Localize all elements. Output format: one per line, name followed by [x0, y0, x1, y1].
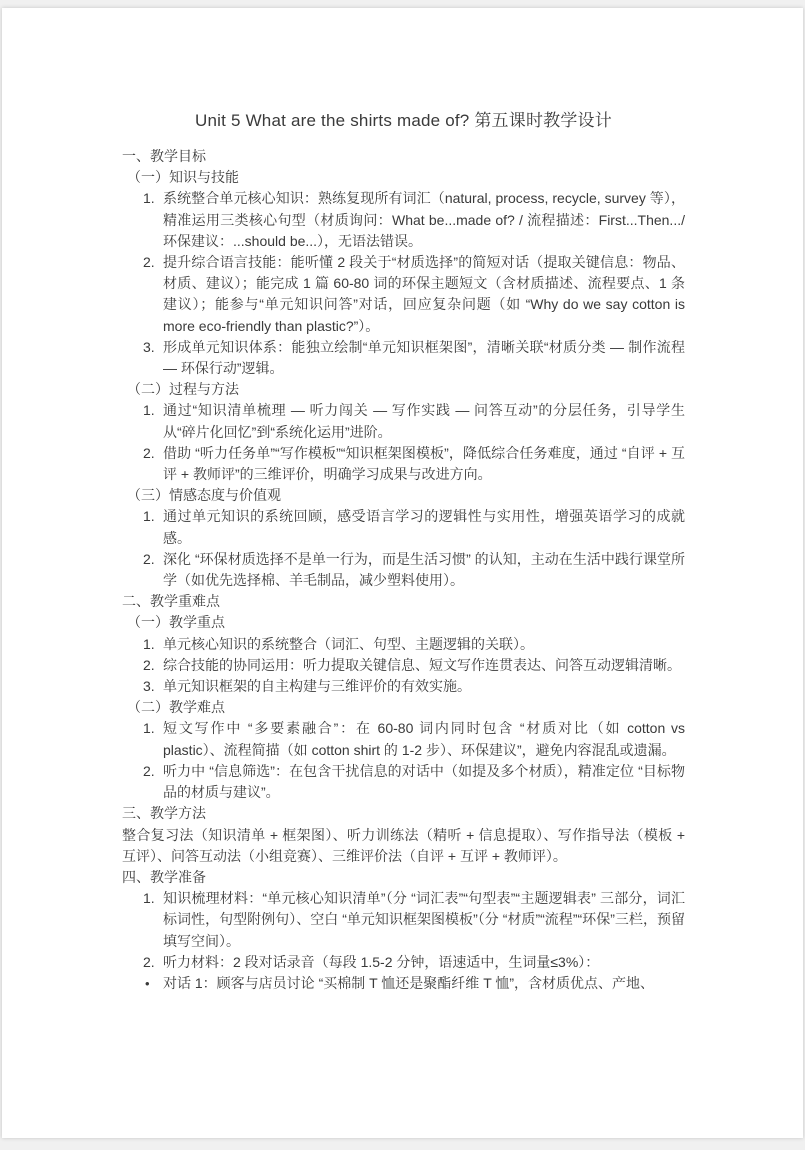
numbered-list-item: 2.借助 “听力任务单”“写作模板”“知识框架图模板”，降低综合任务难度，通过 …: [122, 443, 685, 485]
document-title: Unit 5 What are the shirts made of? 第五课时…: [122, 108, 685, 134]
bullet-marker: •: [145, 973, 150, 994]
numbered-list-item: 1.系统整合单元核心知识：熟练复现所有词汇（natural, process, …: [122, 188, 685, 252]
list-item-text: 借助 “听力任务单”“写作模板”“知识框架图模板”，降低综合任务难度，通过 “自…: [163, 445, 685, 482]
list-number: 3.: [143, 337, 155, 358]
numbered-list-item: 3.单元知识框架的自主构建与三维评价的有效实施。: [122, 676, 685, 697]
numbered-list-item: 2.提升综合语言技能：能听懂 2 段关于“材质选择”的简短对话（提取关键信息：物…: [122, 252, 685, 337]
document-content: Unit 5 What are the shirts made of? 第五课时…: [122, 108, 685, 994]
section-heading: 三、教学方法: [122, 803, 685, 824]
list-number: 1.: [143, 888, 155, 909]
list-item-text: 单元知识框架的自主构建与三维评价的有效实施。: [163, 678, 471, 694]
list-item-text: 对话 1：顾客与店员讨论 “买棉制 T 恤还是聚酯纤维 T 恤”，含材质优点、产…: [163, 975, 654, 991]
section-heading: 二、教学重难点: [122, 591, 685, 612]
list-number: 2.: [143, 761, 155, 782]
list-item-text: 深化 “环保材质选择不是单一行为，而是生活习惯” 的认知，主动在生活中践行课堂所…: [163, 551, 685, 588]
numbered-list-item: 2.听力中 “信息筛选”：在包含干扰信息的对话中（如提及多个材质），精准定位 “…: [122, 761, 685, 803]
list-item-text: 形成单元知识体系：能独立绘制“单元知识框架图”，清晰关联“材质分类 — 制作流程…: [163, 339, 685, 376]
list-item-text: 听力材料：2 段对话录音（每段 1.5-2 分钟，语速适中，生词量≤3%）：: [163, 954, 599, 970]
list-number: 1.: [143, 188, 155, 209]
list-item-text: 通过单元知识的系统回顾，感受语言学习的逻辑性与实用性，增强英语学习的成就感。: [163, 508, 685, 545]
numbered-list-item: 2.听力材料：2 段对话录音（每段 1.5-2 分钟，语速适中，生词量≤3%）：: [122, 952, 685, 973]
document-body: 一、教学目标（一）知识与技能1.系统整合单元核心知识：熟练复现所有词汇（natu…: [122, 146, 685, 994]
section-heading: 一、教学目标: [122, 146, 685, 167]
document-viewport: Unit 5 What are the shirts made of? 第五课时…: [0, 0, 805, 1150]
list-number: 1.: [143, 634, 155, 655]
list-number: 2.: [143, 952, 155, 973]
numbered-list-item: 2.综合技能的协同运用：听力提取关键信息、短文写作连贯表达、问答互动逻辑清晰。: [122, 655, 685, 676]
list-item-text: 提升综合语言技能：能听懂 2 段关于“材质选择”的简短对话（提取关键信息：物品、…: [163, 254, 685, 334]
subsection-heading: （一）知识与技能: [122, 167, 685, 188]
list-item-text: 单元核心知识的系统整合（词汇、句型、主题逻辑的关联）。: [163, 636, 534, 652]
list-number: 2.: [143, 549, 155, 570]
numbered-list-item: 2.深化 “环保材质选择不是单一行为，而是生活习惯” 的认知，主动在生活中践行课…: [122, 549, 685, 591]
list-number: 2.: [143, 443, 155, 464]
list-item-text: 听力中 “信息筛选”：在包含干扰信息的对话中（如提及多个材质），精准定位 “目标…: [163, 763, 685, 800]
subsection-heading: （二）过程与方法: [122, 379, 685, 400]
subsection-heading: （三）情感态度与价值观: [122, 485, 685, 506]
paragraph: 整合复习法（知识清单 + 框架图）、听力训练法（精听 + 信息提取）、写作指导法…: [122, 825, 685, 867]
list-number: 1.: [143, 506, 155, 527]
numbered-list-item: 1.通过单元知识的系统回顾，感受语言学习的逻辑性与实用性，增强英语学习的成就感。: [122, 506, 685, 548]
list-item-text: 短文写作中 “多要素融合”：在 60-80 词内同时包含 “材质对比（如 cot…: [163, 720, 685, 757]
numbered-list-item: 1.知识梳理材料：“单元核心知识清单”（分 “词汇表”“句型表”“主题逻辑表” …: [122, 888, 685, 952]
document-page: Unit 5 What are the shirts made of? 第五课时…: [2, 8, 803, 1138]
bullet-list-item: •对话 1：顾客与店员讨论 “买棉制 T 恤还是聚酯纤维 T 恤”，含材质优点、…: [122, 973, 685, 994]
list-item-text: 系统整合单元核心知识：熟练复现所有词汇（natural, process, re…: [163, 190, 685, 248]
list-item-text: 知识梳理材料：“单元核心知识清单”（分 “词汇表”“句型表”“主题逻辑表” 三部…: [163, 890, 685, 948]
list-item-text: 通过“知识清单梳理 — 听力闯关 — 写作实践 — 问答互动”的分层任务，引导学…: [163, 402, 685, 439]
numbered-list-item: 3.形成单元知识体系：能独立绘制“单元知识框架图”，清晰关联“材质分类 — 制作…: [122, 337, 685, 379]
list-number: 2.: [143, 252, 155, 273]
subsection-heading: （二）教学难点: [122, 697, 685, 718]
list-number: 2.: [143, 655, 155, 676]
subsection-heading: （一）教学重点: [122, 612, 685, 633]
numbered-list-item: 1.单元核心知识的系统整合（词汇、句型、主题逻辑的关联）。: [122, 634, 685, 655]
list-number: 3.: [143, 676, 155, 697]
numbered-list-item: 1.通过“知识清单梳理 — 听力闯关 — 写作实践 — 问答互动”的分层任务，引…: [122, 400, 685, 442]
list-number: 1.: [143, 718, 155, 739]
list-item-text: 综合技能的协同运用：听力提取关键信息、短文写作连贯表达、问答互动逻辑清晰。: [163, 657, 681, 673]
list-number: 1.: [143, 400, 155, 421]
section-heading: 四、教学准备: [122, 867, 685, 888]
numbered-list-item: 1.短文写作中 “多要素融合”：在 60-80 词内同时包含 “材质对比（如 c…: [122, 718, 685, 760]
